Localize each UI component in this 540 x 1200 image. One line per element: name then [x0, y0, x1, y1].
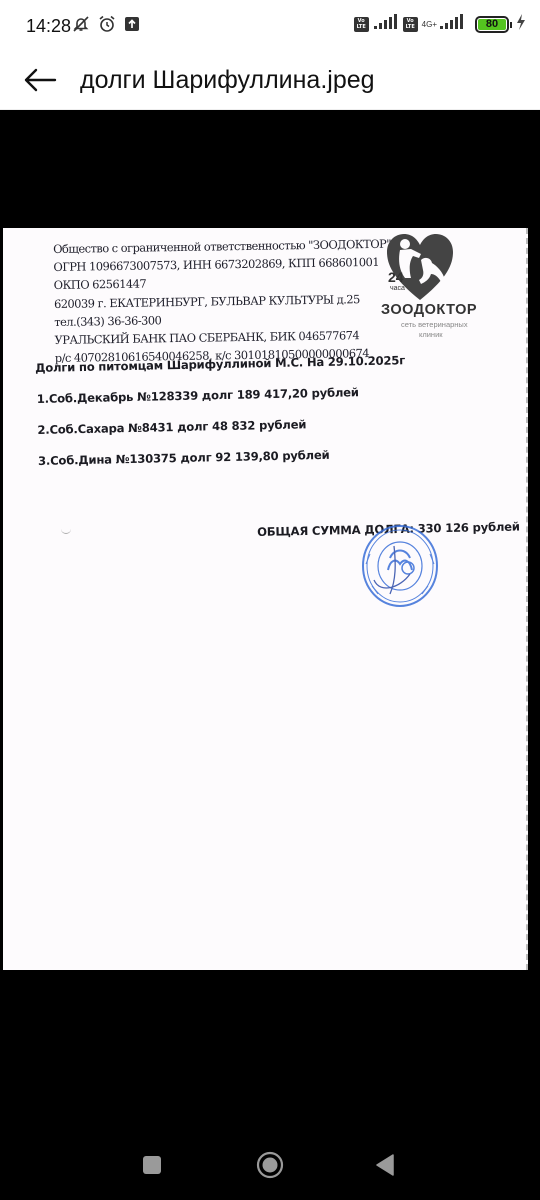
file-title: долги Шарифуллина.jpeg: [80, 66, 375, 95]
home-button[interactable]: [255, 1152, 285, 1182]
document-image[interactable]: Общество с ограниченной ответственностью…: [3, 228, 528, 970]
company-header: Общество с ограниченной ответственностью…: [53, 235, 393, 368]
charging-icon: [516, 14, 526, 35]
debt-item: 1.Соб.Декабрь №128339 долг 189 417,20 ру…: [37, 384, 406, 406]
back-nav-button[interactable]: [370, 1152, 400, 1182]
svg-text:часа: часа: [390, 285, 405, 292]
status-left-icons: [72, 15, 140, 38]
logo-subtitle-2: клиник: [419, 330, 443, 339]
arrow-left-icon: [23, 68, 57, 97]
battery-indicator: 80: [475, 16, 512, 33]
status-right-icons: VoLTE VoLTE 4G+ 80: [354, 14, 526, 35]
logo-subtitle: сеть ветеринарных: [401, 320, 468, 329]
signal-icon-2: [439, 14, 465, 35]
status-time: 14:28: [26, 16, 71, 37]
volte-icon: VoLTE: [354, 17, 369, 32]
battery-level: 80: [478, 19, 506, 30]
triangle-back-icon: [375, 1154, 395, 1181]
navigation-bar: [0, 1120, 540, 1200]
square-icon: [142, 1155, 162, 1180]
company-stamp-icon: [360, 524, 440, 608]
scan-mark: [61, 528, 71, 534]
signal-icon: [373, 14, 399, 35]
network-type: 4G+: [422, 21, 437, 29]
logo-name: ЗООДОКТОР: [381, 302, 477, 318]
upload-icon: [124, 16, 140, 37]
app-bar: долги Шарифуллина.jpeg: [0, 56, 540, 110]
image-viewer[interactable]: Общество с ограниченной ответственностью…: [0, 110, 540, 1120]
alarm-icon: [98, 15, 116, 38]
svg-text:24: 24: [388, 269, 404, 285]
mute-icon: [72, 15, 90, 38]
debt-item: 3.Соб.Дина №130375 долг 92 139,80 рублей: [38, 446, 407, 468]
circle-icon: [256, 1151, 284, 1184]
volte-icon-2: VoLTE: [403, 17, 418, 32]
debt-list: Долги по питомцам Шарифуллиной М.С. На 2…: [35, 353, 407, 468]
heart-pet-icon: 24 часа: [385, 232, 455, 307]
recents-button[interactable]: [137, 1152, 167, 1182]
status-bar: 14:28 VoLTE VoLTE 4G+ 80: [0, 0, 540, 56]
back-button[interactable]: [20, 62, 60, 102]
debt-item: 2.Соб.Сахара №8431 долг 48 832 рублей: [37, 415, 406, 437]
